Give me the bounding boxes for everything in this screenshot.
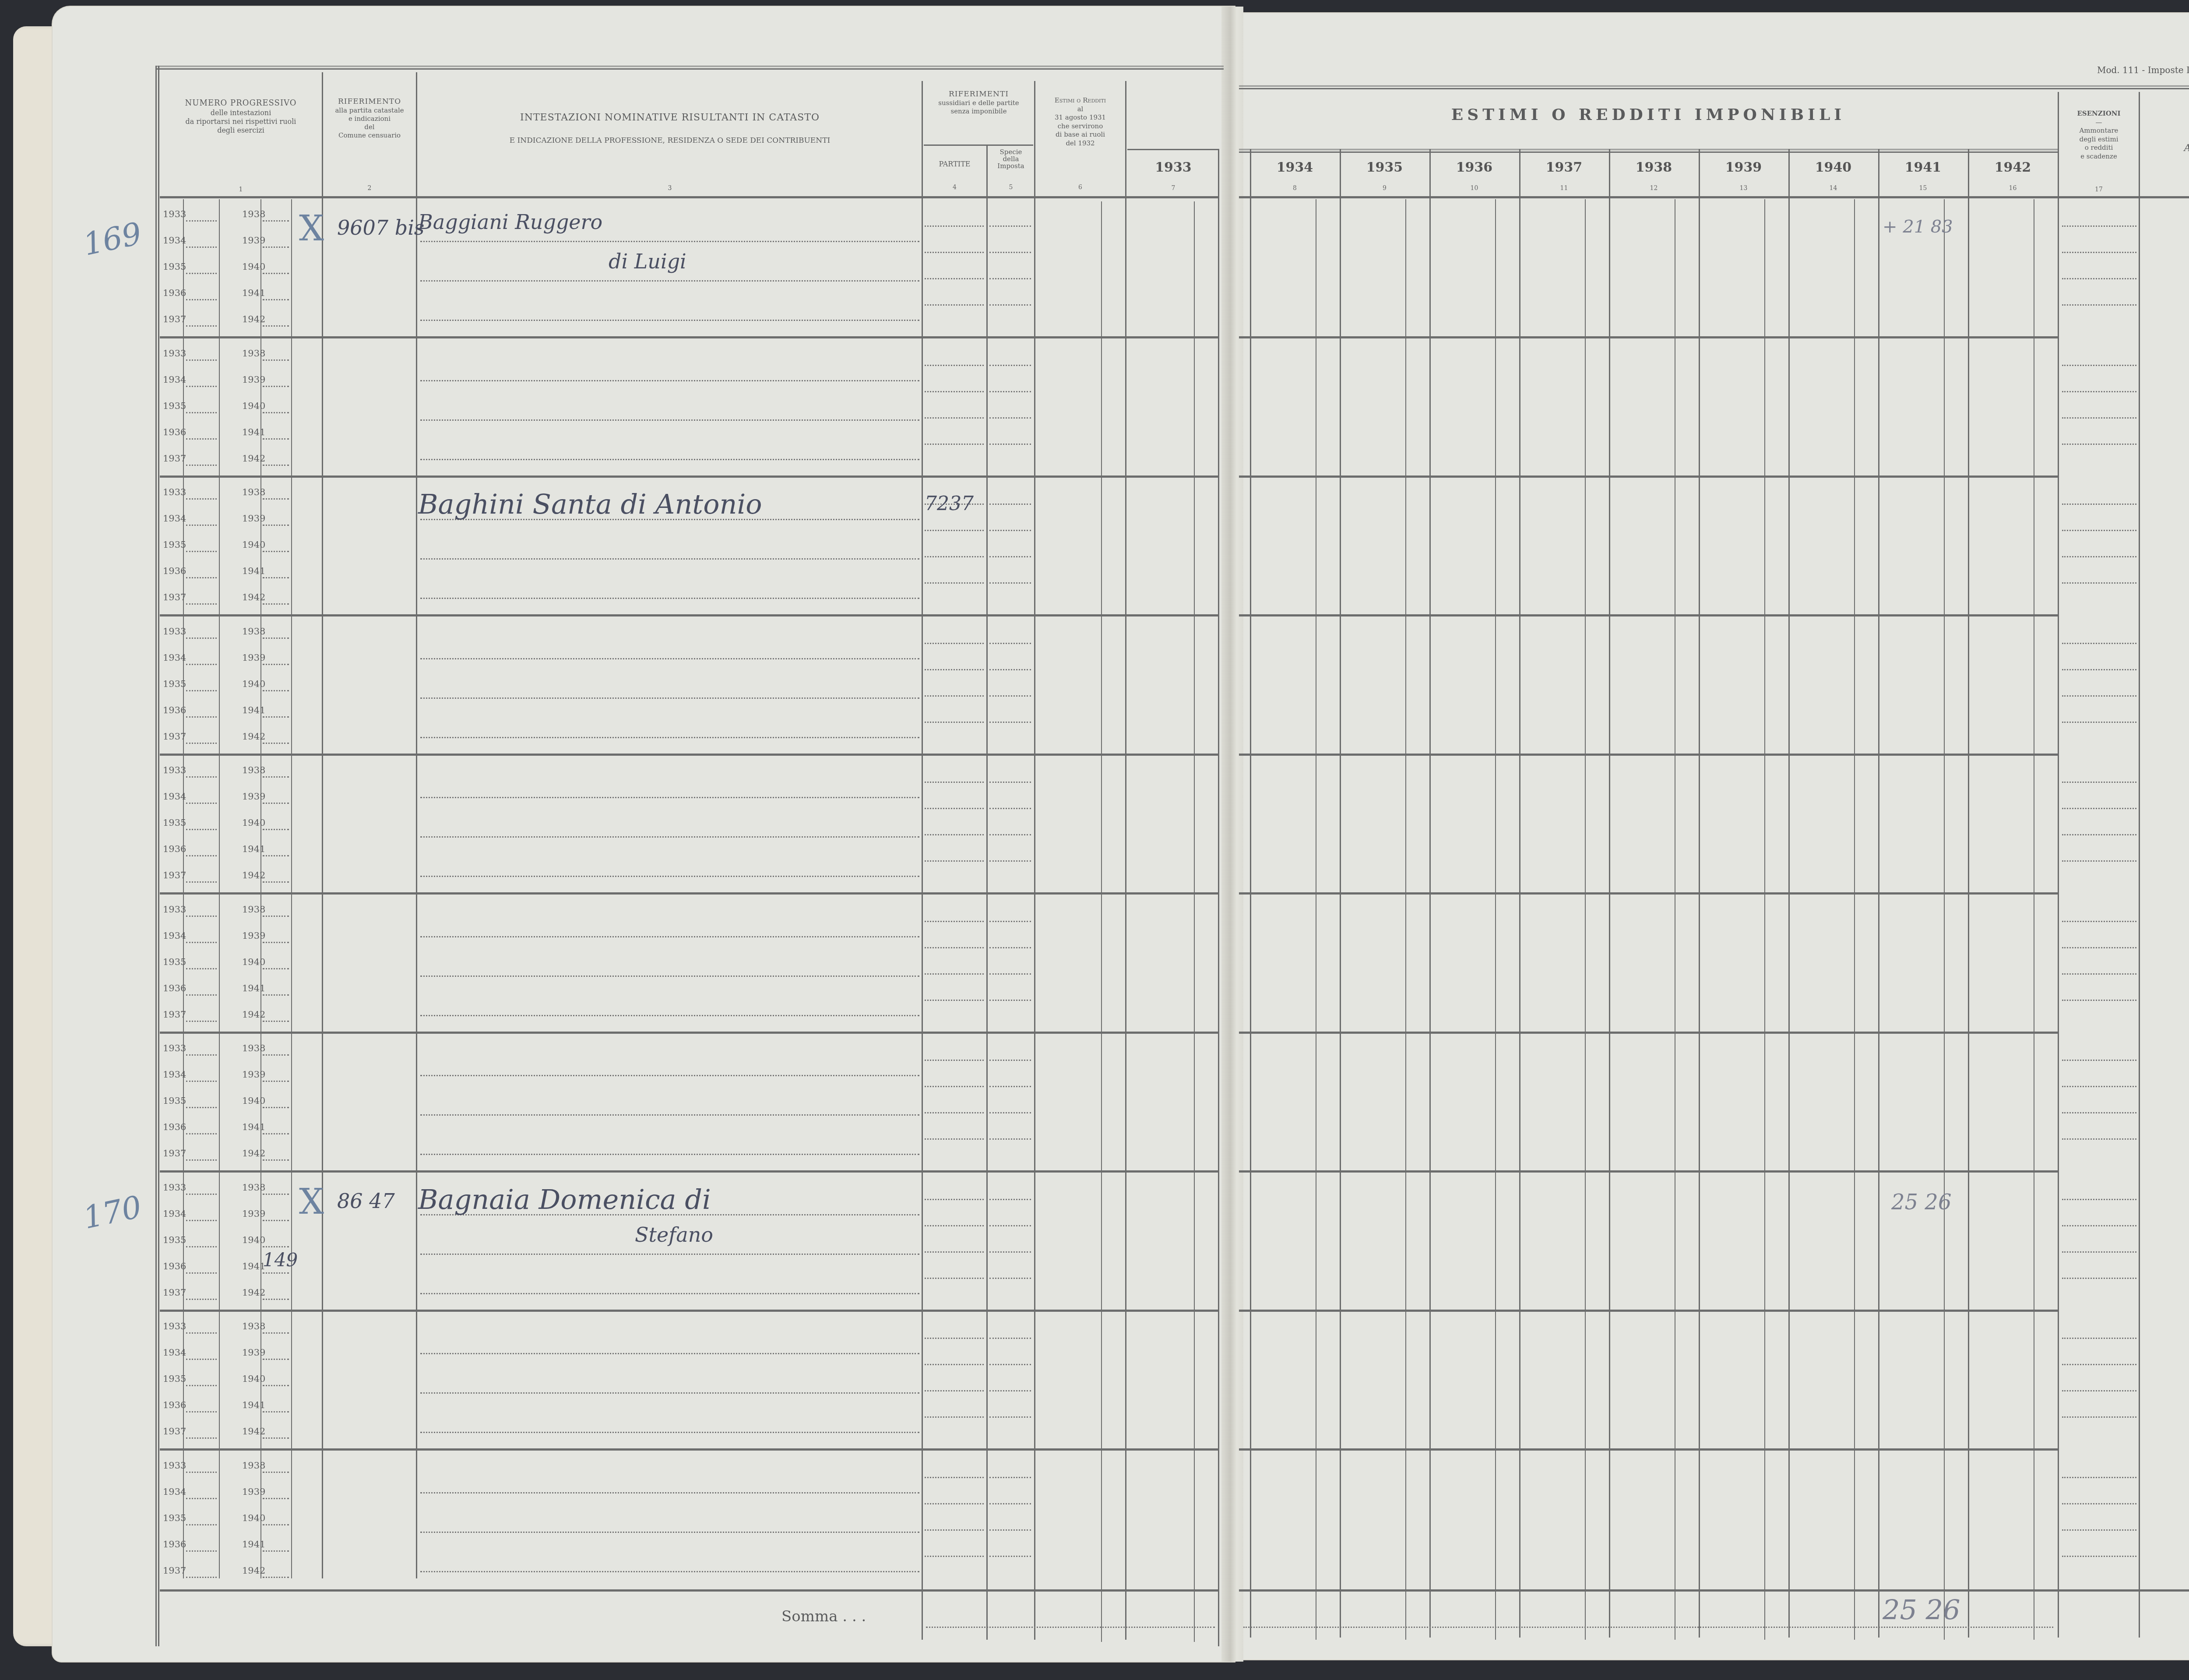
entry-dotted-line bbox=[186, 603, 217, 605]
entry-dotted-line bbox=[925, 1477, 984, 1478]
name-dotted-line bbox=[420, 1432, 919, 1433]
entry-dotted-line bbox=[2062, 1000, 2136, 1001]
partita-reference: 86 47 bbox=[337, 1189, 395, 1213]
income-1941-value: + 21 83 bbox=[1883, 217, 1953, 237]
income-1941-value: 25 26 bbox=[1891, 1190, 1951, 1215]
year-label: 1939 bbox=[242, 930, 265, 941]
entry-dotted-line bbox=[989, 1390, 1031, 1391]
year-label: 1933 bbox=[163, 209, 186, 219]
somma-top-rule bbox=[160, 1589, 1219, 1592]
header-estimi-1931: Estimi o Redditi al 31 agosto 1931 che s… bbox=[1035, 96, 1125, 148]
header-line: degli esercizi bbox=[160, 126, 322, 135]
entry-dotted-line bbox=[186, 716, 217, 718]
year-label: 1936 bbox=[163, 1400, 186, 1410]
year-label: 1940 bbox=[242, 1235, 265, 1245]
entry-dotted-line bbox=[186, 776, 217, 778]
subcol-divider bbox=[1194, 201, 1195, 1642]
year-label: 1942 bbox=[242, 870, 265, 881]
year-label: 1941 bbox=[242, 566, 265, 576]
entry-dotted-line bbox=[989, 1529, 1031, 1531]
year-label: 1936 bbox=[163, 1122, 186, 1132]
year-label: 1939 bbox=[242, 652, 265, 663]
year-label: 1935 bbox=[163, 539, 186, 550]
name-dotted-line bbox=[420, 1532, 919, 1533]
entry-dotted-line bbox=[186, 1133, 217, 1134]
entry-dotted-line bbox=[2062, 304, 2136, 306]
header-line: che servirono bbox=[1035, 122, 1125, 131]
entry-dotted-line bbox=[263, 299, 289, 300]
year-label: 1937 bbox=[163, 731, 186, 742]
year-label: 1938 bbox=[242, 904, 265, 915]
entry-dotted-line bbox=[186, 1472, 217, 1473]
year-header-1937: 1937 bbox=[1519, 160, 1609, 175]
entry-dotted-line bbox=[263, 273, 289, 274]
header-estimi-redditi: ESTIMI O REDDITI IMPONIBILI bbox=[1248, 105, 2049, 125]
name-dotted-line bbox=[420, 1114, 919, 1116]
entry-dotted-line bbox=[925, 695, 984, 697]
year-label: 1942 bbox=[242, 1009, 265, 1020]
entry-dotted-line bbox=[989, 365, 1031, 366]
year-label: 1935 bbox=[163, 1235, 186, 1245]
entry-dotted-line bbox=[186, 1385, 217, 1386]
entry-dotted-line bbox=[989, 278, 1031, 279]
entry-dotted-line bbox=[2062, 1086, 2136, 1087]
entry-dotted-line bbox=[989, 582, 1031, 584]
entry-dotted-line bbox=[263, 743, 289, 744]
header-title: ESENZIONI bbox=[2059, 109, 2139, 118]
entry-dotted-line bbox=[186, 1021, 217, 1022]
year-label: 1942 bbox=[242, 1426, 265, 1437]
year-label: 1933 bbox=[163, 626, 186, 637]
record-separator bbox=[160, 336, 1219, 338]
year-header-1938: 1938 bbox=[1609, 160, 1699, 175]
entry-dotted-line bbox=[925, 947, 984, 948]
entry-dotted-line bbox=[989, 669, 1031, 670]
entry-dotted-line bbox=[186, 220, 217, 222]
col-divider bbox=[1218, 149, 1219, 1646]
top-border bbox=[1239, 85, 2189, 89]
entry-dotted-line bbox=[989, 530, 1031, 531]
entry-dotted-line bbox=[989, 1225, 1031, 1226]
entry-dotted-line bbox=[925, 1390, 984, 1391]
header-title: INTESTAZIONI NOMINATIVE RISULTANTI IN CA… bbox=[418, 112, 922, 124]
name-dotted-line bbox=[420, 558, 919, 560]
entry-dotted-line bbox=[186, 438, 217, 440]
year-label: 1940 bbox=[242, 1513, 265, 1523]
name-dotted-line bbox=[420, 737, 919, 738]
subcol-divider bbox=[219, 199, 220, 1578]
year-label: 1937 bbox=[163, 592, 186, 602]
entry-dotted-line bbox=[2062, 1199, 2136, 1200]
entry-dotted-line bbox=[186, 465, 217, 466]
top-border bbox=[155, 66, 1224, 70]
entry-dotted-line bbox=[263, 1385, 289, 1386]
record-separator bbox=[1239, 1448, 2058, 1451]
year-label: 1935 bbox=[163, 401, 186, 411]
entry-dotted-line bbox=[263, 1524, 289, 1525]
year-label: 1936 bbox=[163, 427, 186, 437]
year-header-1935: 1935 bbox=[1340, 160, 1429, 175]
entry-dotted-line bbox=[2062, 278, 2136, 279]
entry-dotted-line bbox=[989, 695, 1031, 697]
column-number: 1 bbox=[160, 186, 322, 194]
name-dotted-line bbox=[420, 797, 919, 798]
total-1941-value: 25 26 bbox=[1883, 1594, 1960, 1626]
entry-dotted-line bbox=[925, 304, 984, 306]
year-label: 1942 bbox=[242, 314, 265, 324]
entry-dotted-line bbox=[925, 1225, 984, 1226]
entry-dotted-line bbox=[263, 325, 289, 327]
entry-dotted-line bbox=[925, 1251, 984, 1253]
entry-dotted-line bbox=[925, 1529, 984, 1531]
year-label: 1937 bbox=[163, 1148, 186, 1159]
column-number: 6 bbox=[1035, 184, 1125, 191]
header-line: senza imponibile bbox=[923, 107, 1035, 116]
entry-dotted-line bbox=[263, 968, 289, 969]
subcol-divider bbox=[1944, 199, 1945, 1640]
column-number: 2 bbox=[323, 185, 416, 193]
entry-dotted-line bbox=[186, 577, 217, 578]
year-label: 1941 bbox=[242, 1400, 265, 1410]
year-label: 1934 bbox=[163, 513, 186, 524]
entry-dotted-line bbox=[263, 855, 289, 856]
name-dotted-line bbox=[420, 936, 919, 937]
entry-dotted-line bbox=[186, 1437, 217, 1439]
entry-dotted-line bbox=[2062, 973, 2136, 975]
record-separator bbox=[160, 1032, 1219, 1034]
entry-dotted-line bbox=[925, 722, 984, 723]
name-dotted-line bbox=[420, 598, 919, 599]
entry-dotted-line bbox=[2062, 1112, 2136, 1113]
entry-dotted-line bbox=[989, 834, 1031, 835]
year-label: 1941 bbox=[242, 1261, 265, 1271]
entry-dotted-line bbox=[186, 829, 217, 830]
header-line: 31 agosto 1931 bbox=[1035, 113, 1125, 122]
entry-dotted-line bbox=[2062, 504, 2136, 505]
entry-dotted-line bbox=[263, 551, 289, 552]
entry-dotted-line bbox=[2062, 1503, 2136, 1504]
form-label: Mod. 111 - Imposte Dirette (Intercalare)… bbox=[2097, 65, 2189, 75]
entry-dotted-line bbox=[263, 716, 289, 718]
name-dotted-line bbox=[420, 836, 919, 838]
entry-dotted-line bbox=[186, 551, 217, 552]
taxpayer-parentage: di Luigi bbox=[609, 250, 686, 273]
year-label: 1934 bbox=[163, 1069, 186, 1080]
entry-dotted-line bbox=[989, 225, 1031, 227]
year-label: 1940 bbox=[242, 1374, 265, 1384]
entry-dotted-line bbox=[186, 359, 217, 361]
year-label: 1941 bbox=[242, 1122, 265, 1132]
entry-dotted-line bbox=[989, 947, 1031, 948]
entry-dotted-line bbox=[2062, 722, 2136, 723]
name-dotted-line bbox=[420, 976, 919, 977]
entry-dotted-line bbox=[186, 916, 217, 917]
record-separator bbox=[160, 1170, 1219, 1173]
somma-top-rule bbox=[1239, 1589, 2189, 1592]
year-label: 1935 bbox=[163, 957, 186, 967]
year-label: 1938 bbox=[242, 209, 265, 219]
entry-dotted-line bbox=[186, 690, 217, 691]
year-header-1940: 1940 bbox=[1788, 160, 1878, 175]
record-separator bbox=[1239, 1032, 2058, 1034]
header-line: sussidiari e delle partite bbox=[923, 99, 1035, 107]
entry-dotted-line bbox=[2062, 1060, 2136, 1061]
year-label: 1937 bbox=[163, 870, 186, 881]
year-label: 1936 bbox=[163, 844, 186, 854]
entry-dotted-line bbox=[263, 1081, 289, 1082]
entry-dotted-line bbox=[925, 1556, 984, 1557]
entry-dotted-line bbox=[2062, 1251, 2136, 1253]
entry-dotted-line bbox=[186, 273, 217, 274]
col-divider bbox=[416, 72, 417, 1578]
year-header-1936: 1936 bbox=[1429, 160, 1519, 175]
year-label: 1942 bbox=[242, 453, 265, 464]
year-label: 1938 bbox=[242, 1182, 265, 1193]
entry-dotted-line bbox=[2062, 1529, 2136, 1531]
year-label: 1934 bbox=[163, 930, 186, 941]
subcol-divider bbox=[1101, 201, 1102, 1642]
entry-dotted-line bbox=[2062, 1416, 2136, 1418]
column-number: 8 bbox=[1250, 185, 1340, 192]
entry-dotted-line bbox=[925, 1000, 984, 1001]
entry-dotted-line bbox=[989, 1251, 1031, 1253]
year-label: 1941 bbox=[242, 844, 265, 854]
header-title: RIFERIMENTI bbox=[923, 90, 1035, 99]
entry-dotted-line bbox=[925, 669, 984, 670]
year-label: 1938 bbox=[242, 765, 265, 775]
subcol-divider bbox=[1854, 199, 1855, 1640]
column-number: 17 bbox=[2059, 186, 2139, 193]
year-label: 1935 bbox=[163, 817, 186, 828]
entry-dotted-line bbox=[2062, 582, 2136, 584]
entry-dotted-line bbox=[186, 1272, 217, 1274]
subcol-divider bbox=[1585, 199, 1586, 1640]
entry-dotted-line bbox=[186, 299, 217, 300]
entry-dotted-line bbox=[989, 1086, 1031, 1087]
entry-dotted-line bbox=[263, 881, 289, 883]
entry-dotted-line bbox=[186, 743, 217, 744]
partite-reference: 7237 bbox=[925, 493, 974, 515]
entry-dotted-line bbox=[989, 1278, 1031, 1279]
partita-reference: 9607 bis bbox=[337, 216, 424, 239]
year-label: 1936 bbox=[163, 1261, 186, 1271]
entry-dotted-line bbox=[263, 1194, 289, 1195]
column-number: 11 bbox=[1519, 185, 1609, 192]
entry-dotted-line bbox=[186, 855, 217, 856]
entry-dotted-line bbox=[2062, 1477, 2136, 1478]
header-annotazioni: ANNOTAZIONI bbox=[2141, 142, 2189, 155]
record-separator bbox=[1239, 475, 2058, 478]
taxpayer-parentage: Stefano bbox=[635, 1223, 713, 1247]
header-esenzioni: ESENZIONI — Ammontare degli estimi o red… bbox=[2059, 109, 2139, 161]
year-label: 1933 bbox=[163, 1460, 186, 1471]
entry-dotted-line bbox=[263, 1577, 289, 1578]
header-bottom-rule bbox=[1239, 196, 2189, 198]
year-label: 1939 bbox=[242, 791, 265, 802]
year-label: 1942 bbox=[242, 1287, 265, 1298]
entry-dotted-line bbox=[989, 973, 1031, 975]
right-page bbox=[1235, 13, 2189, 1659]
entry-dotted-line bbox=[2062, 1364, 2136, 1365]
year-label: 1940 bbox=[242, 539, 265, 550]
entry-dotted-line bbox=[263, 1299, 289, 1300]
column-number: 16 bbox=[1968, 185, 2058, 192]
entry-dotted-line bbox=[925, 1338, 984, 1339]
entry-dotted-line bbox=[263, 1021, 289, 1022]
entry-dotted-line bbox=[925, 365, 984, 366]
entry-dotted-line bbox=[263, 637, 289, 639]
record-separator bbox=[160, 754, 1219, 756]
entry-dotted-line bbox=[989, 722, 1031, 723]
entry-dotted-line bbox=[263, 1498, 289, 1499]
year-label: 1940 bbox=[242, 817, 265, 828]
year-label: 1938 bbox=[242, 1460, 265, 1471]
entry-dotted-line bbox=[989, 504, 1031, 505]
header-line: del 1932 bbox=[1035, 139, 1125, 148]
somma-dotted-line bbox=[926, 1627, 1215, 1628]
entry-dotted-line bbox=[186, 386, 217, 387]
entry-dotted-line bbox=[925, 921, 984, 922]
name-dotted-line bbox=[420, 697, 919, 699]
entry-dotted-line bbox=[263, 1550, 289, 1552]
header-line: alla partita catastale bbox=[323, 106, 416, 115]
entry-dotted-line bbox=[925, 530, 984, 531]
taxpayer-name: Baghini Santa di Antonio bbox=[418, 488, 762, 520]
entry-dotted-line bbox=[186, 968, 217, 969]
record-separator bbox=[160, 1310, 1219, 1312]
entry-dotted-line bbox=[263, 916, 289, 917]
entry-dotted-line bbox=[925, 1364, 984, 1365]
entry-dotted-line bbox=[2062, 1278, 2136, 1279]
entry-dotted-line bbox=[2062, 225, 2136, 227]
name-dotted-line bbox=[420, 1492, 919, 1493]
year-label: 1936 bbox=[163, 288, 186, 298]
entry-dotted-line bbox=[263, 412, 289, 413]
year-label: 1939 bbox=[242, 235, 265, 246]
record-separator bbox=[1239, 1170, 2058, 1173]
year-label: 1936 bbox=[163, 983, 186, 993]
entry-dotted-line bbox=[186, 1054, 217, 1056]
entry-dotted-line bbox=[186, 942, 217, 943]
entry-dotted-line bbox=[263, 498, 289, 500]
entry-dotted-line bbox=[186, 1299, 217, 1300]
entry-dotted-line bbox=[989, 1556, 1031, 1557]
entry-dotted-line bbox=[2062, 1338, 2136, 1339]
year-label: 1938 bbox=[242, 1321, 265, 1331]
entry-dotted-line bbox=[186, 1359, 217, 1360]
subcol-divider bbox=[1316, 199, 1316, 1640]
column-number: 18 bbox=[2141, 186, 2189, 193]
entry-dotted-line bbox=[989, 556, 1031, 557]
record-separator bbox=[160, 892, 1219, 895]
name-dotted-line bbox=[420, 1015, 919, 1016]
header-line: di base ai ruoli bbox=[1035, 130, 1125, 139]
column-number: 10 bbox=[1429, 185, 1519, 192]
entry-dotted-line bbox=[925, 444, 984, 445]
year-label: 1939 bbox=[242, 374, 265, 385]
name-dotted-line bbox=[420, 1154, 919, 1155]
name-dotted-line bbox=[420, 658, 919, 659]
record-separator bbox=[160, 1448, 1219, 1451]
name-dotted-line bbox=[420, 1571, 919, 1572]
name-dotted-line bbox=[420, 320, 919, 321]
year-subrule bbox=[1127, 149, 1219, 150]
year-label: 1933 bbox=[163, 1182, 186, 1193]
year-label: 1937 bbox=[163, 1565, 186, 1576]
entry-dotted-line bbox=[925, 556, 984, 557]
entry-dotted-line bbox=[186, 247, 217, 248]
name-dotted-line bbox=[420, 1075, 919, 1076]
entry-dotted-line bbox=[186, 498, 217, 500]
col-divider bbox=[2058, 92, 2059, 1638]
header-line: degli estimi bbox=[2059, 135, 2139, 144]
entry-dotted-line bbox=[989, 1000, 1031, 1001]
entry-dotted-line bbox=[186, 525, 217, 526]
year-label: 1937 bbox=[163, 1426, 186, 1437]
year-label: 1933 bbox=[163, 348, 186, 359]
year-label: 1934 bbox=[163, 652, 186, 663]
entry-dotted-line bbox=[2062, 1225, 2136, 1226]
header-line: e indicazioni bbox=[323, 115, 416, 123]
header-line: Comune censuario bbox=[323, 131, 416, 140]
entry-dotted-line bbox=[2062, 1556, 2136, 1557]
entry-dotted-line bbox=[925, 1416, 984, 1418]
column-number: 12 bbox=[1609, 185, 1699, 192]
entry-dotted-line bbox=[186, 881, 217, 883]
header-line: Imposta bbox=[987, 163, 1035, 170]
entry-dotted-line bbox=[989, 1416, 1031, 1418]
entry-dotted-line bbox=[263, 359, 289, 361]
header-line: Estimi o Redditi bbox=[1035, 96, 1125, 105]
name-dotted-line bbox=[420, 1293, 919, 1294]
column-number: 14 bbox=[1788, 185, 1878, 192]
entry-dotted-line bbox=[186, 994, 217, 996]
header-line: da riportarsi nei rispettivi ruoli bbox=[160, 117, 322, 126]
year-header-1933: 1933 bbox=[1127, 160, 1219, 175]
col-divider bbox=[2139, 92, 2140, 1638]
year-label: 1941 bbox=[242, 1539, 265, 1550]
entry-dotted-line bbox=[989, 1477, 1031, 1478]
entry-dotted-line bbox=[263, 1159, 289, 1161]
column-number: 4 bbox=[923, 184, 986, 191]
header-line: al bbox=[1035, 105, 1125, 114]
year-label: 1934 bbox=[163, 1208, 186, 1219]
entry-dotted-line bbox=[263, 664, 289, 665]
entry-dotted-line bbox=[263, 1359, 289, 1360]
entry-dotted-line bbox=[925, 973, 984, 975]
entry-dotted-line bbox=[263, 1437, 289, 1439]
year-label: 1938 bbox=[242, 626, 265, 637]
column-number: 13 bbox=[1699, 185, 1788, 192]
entry-dotted-line bbox=[263, 690, 289, 691]
entry-dotted-line bbox=[2062, 1138, 2136, 1140]
name-dotted-line bbox=[420, 1254, 919, 1255]
taxpayer-name: Bagnaia Domenica di bbox=[418, 1183, 711, 1215]
entry-dotted-line bbox=[186, 637, 217, 639]
entry-dotted-line bbox=[186, 1524, 217, 1525]
record-separator bbox=[1239, 614, 2058, 616]
year-label: 1935 bbox=[163, 1374, 186, 1384]
record-separator bbox=[160, 475, 1219, 478]
entry-dotted-line bbox=[186, 1246, 217, 1247]
record-separator bbox=[1239, 1310, 2058, 1312]
entry-dotted-line bbox=[989, 1199, 1031, 1200]
year-label: 1940 bbox=[242, 957, 265, 967]
year-label: 1937 bbox=[163, 314, 186, 324]
left-border bbox=[155, 66, 159, 1646]
year-label: 1939 bbox=[242, 1208, 265, 1219]
entry-dotted-line bbox=[263, 1133, 289, 1134]
